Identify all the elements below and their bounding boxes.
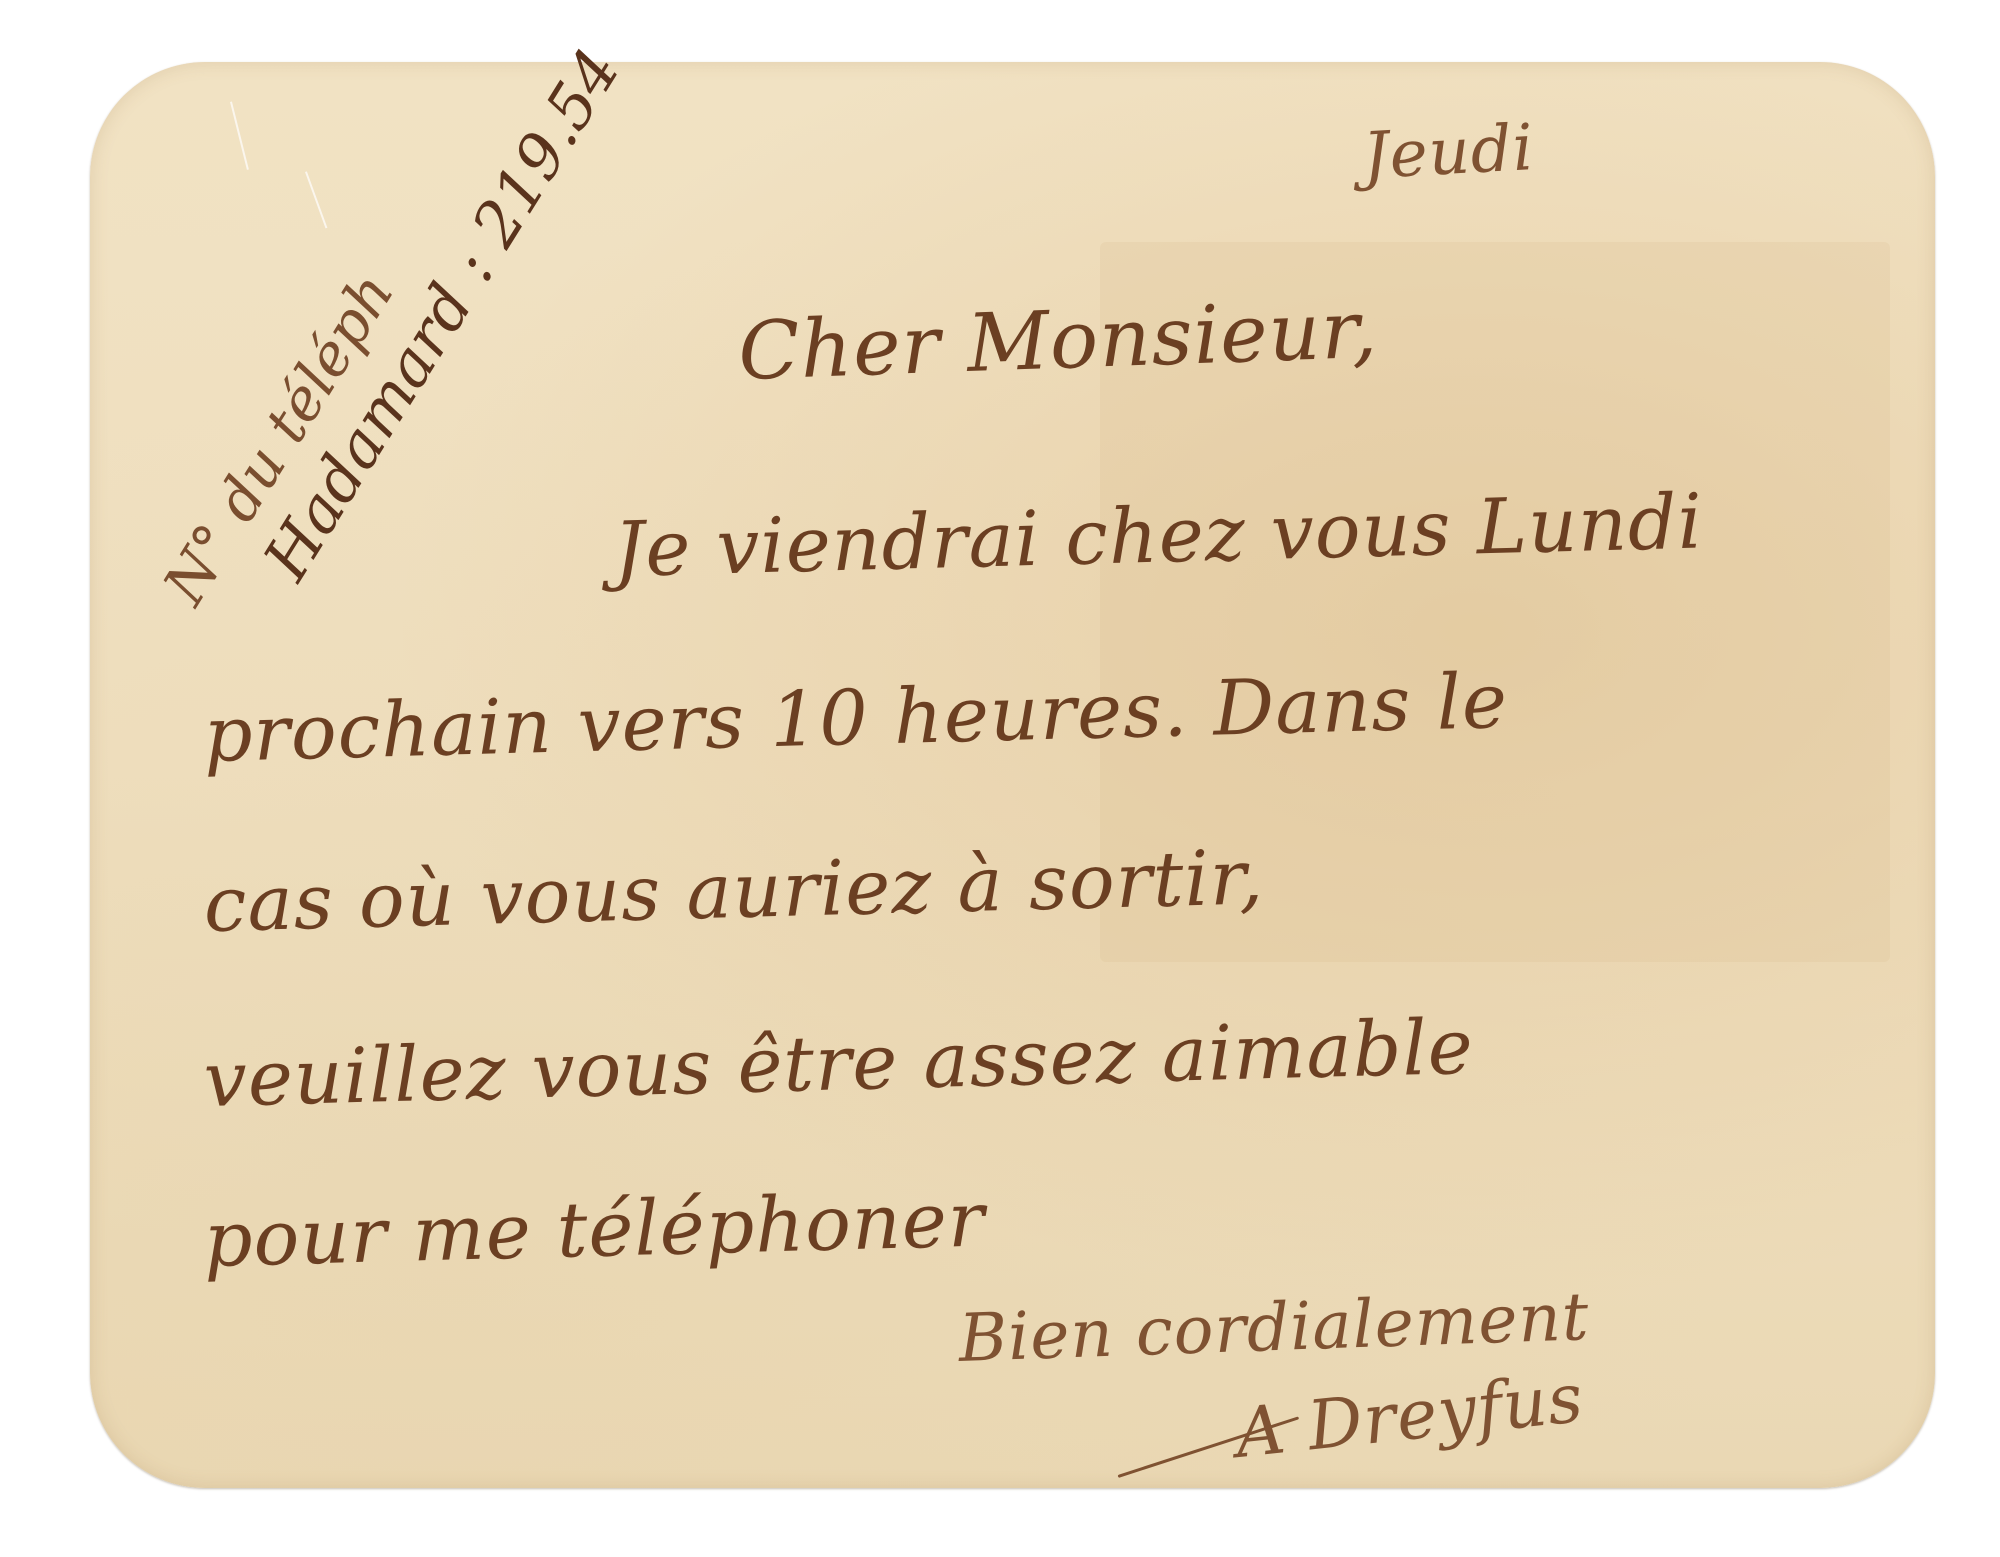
paper-scratch [230,102,249,170]
paper-scratch [305,171,327,228]
letter-date: Jeudi [1361,111,1536,194]
